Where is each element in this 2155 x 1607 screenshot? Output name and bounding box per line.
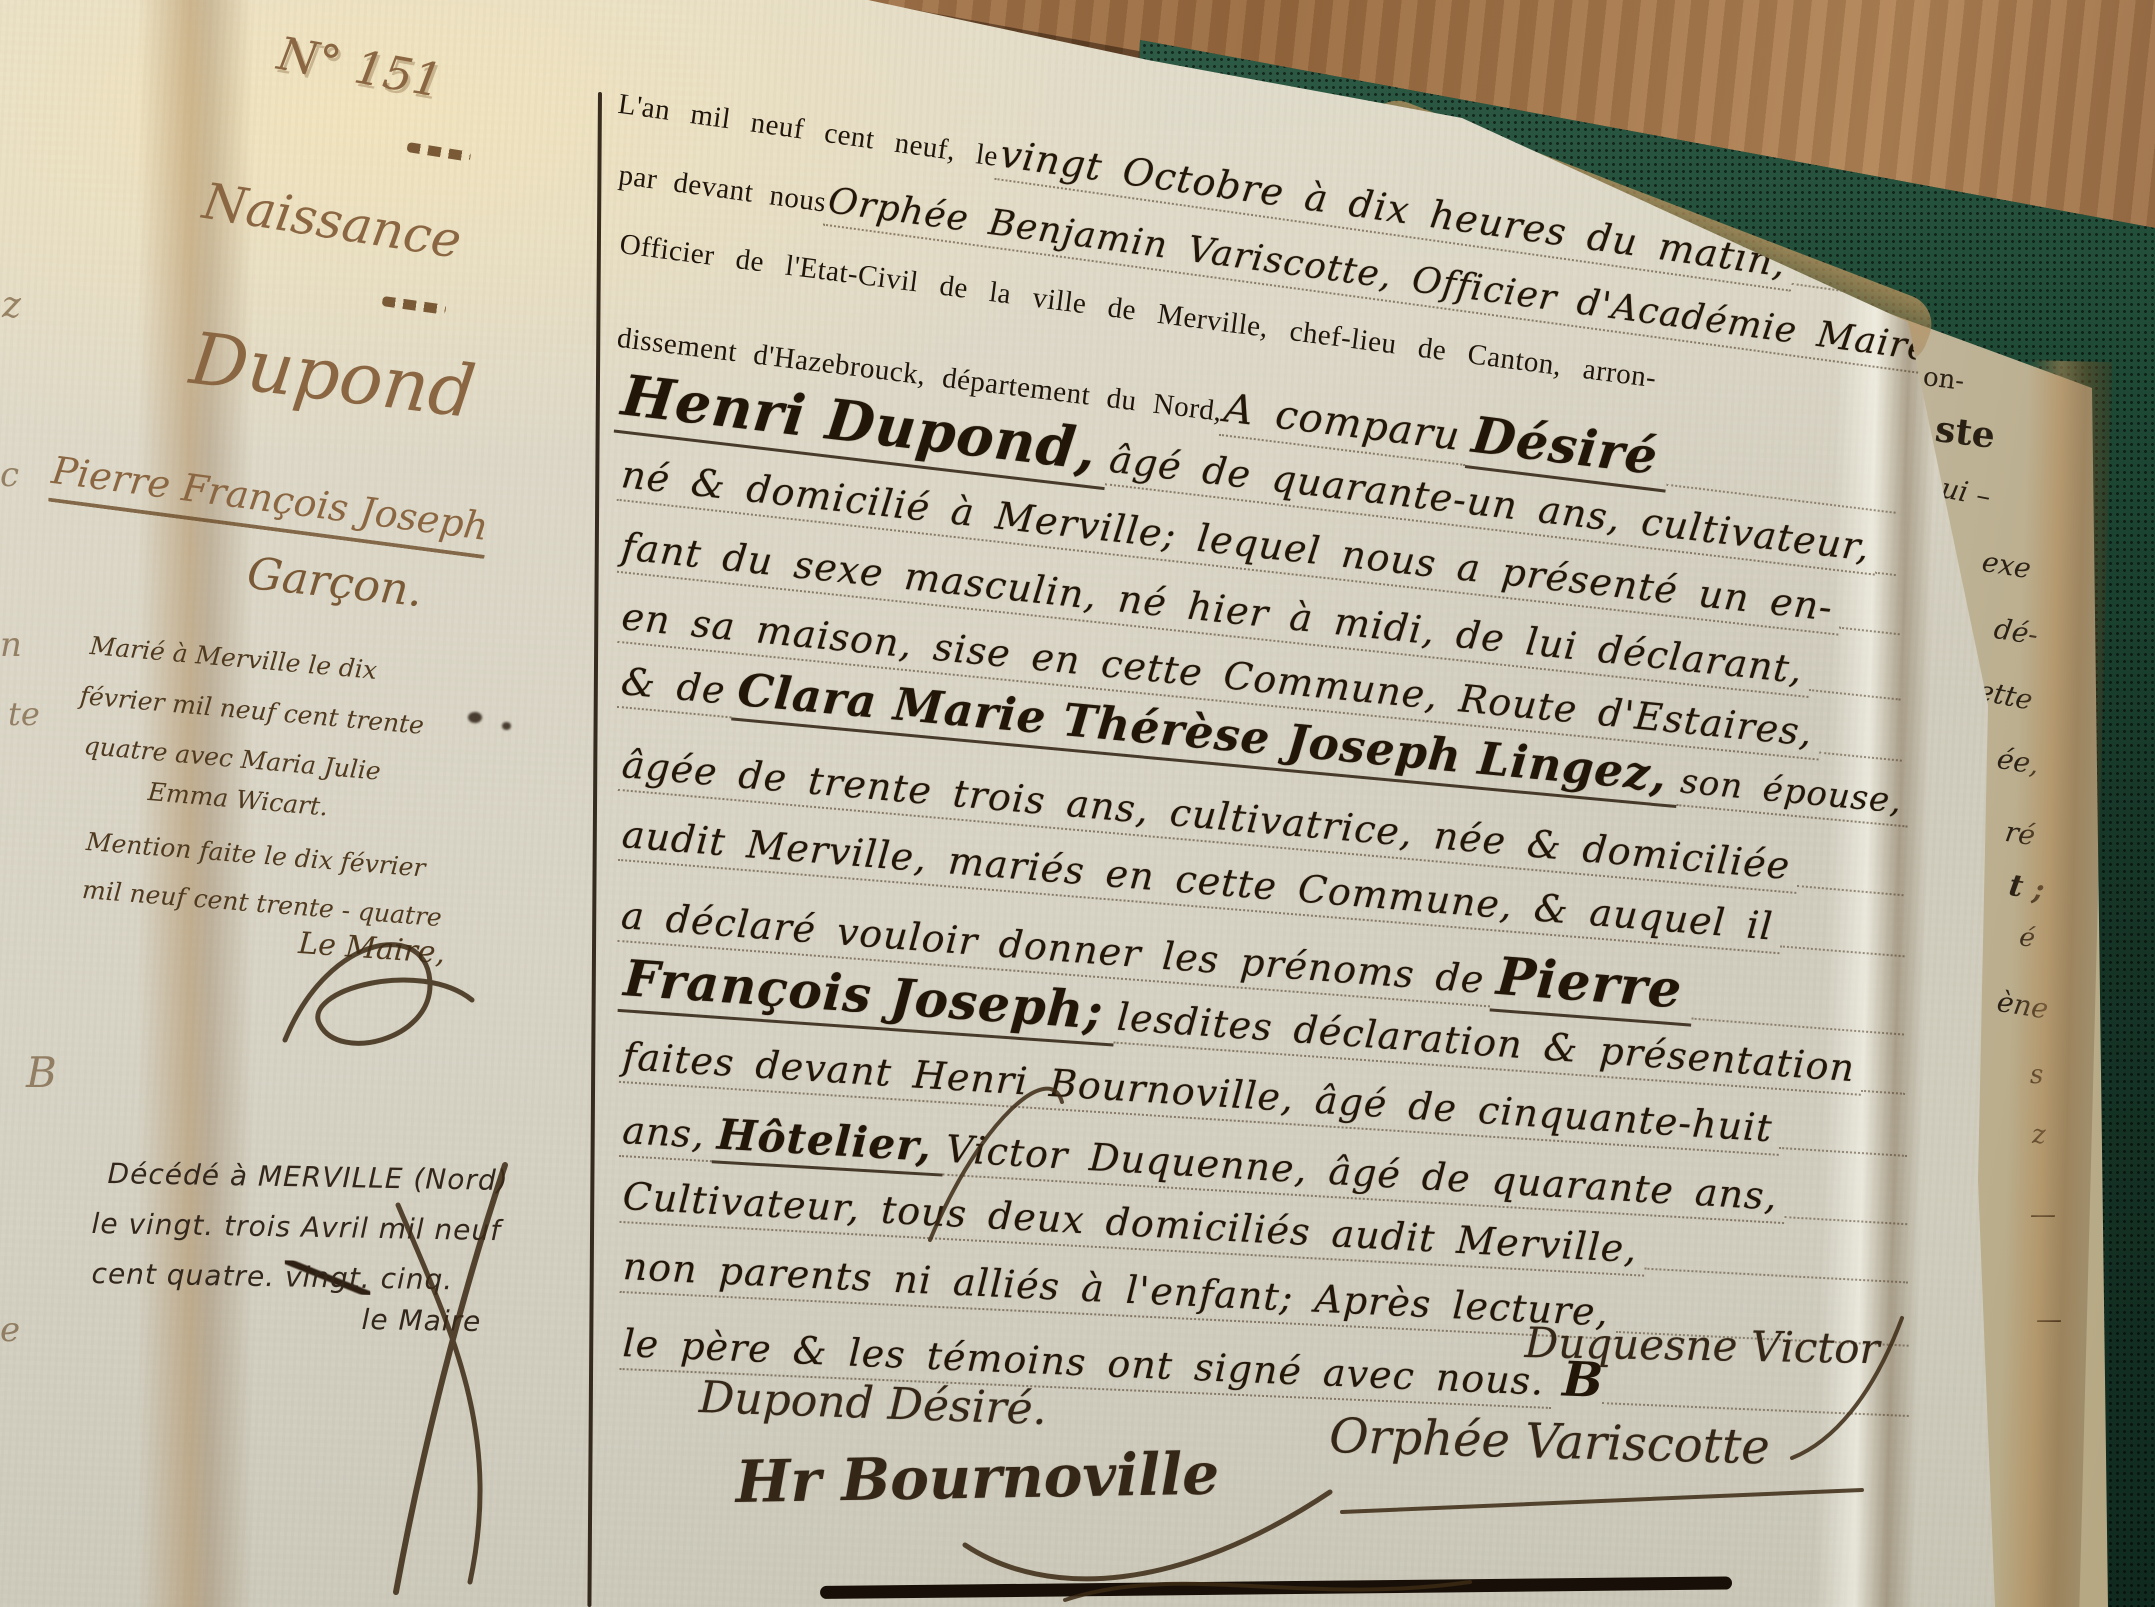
dotted-guide-line xyxy=(1809,688,1901,701)
death-mention-segment: cent quatre. xyxy=(91,1257,275,1293)
registry-photo-scene: let. Matin ie Maire on- ste oui – exe dé… xyxy=(0,0,2155,1607)
dotted-guide-line xyxy=(1819,751,1902,762)
dotted-guide-line xyxy=(1779,1146,1907,1157)
dotted-guide-line xyxy=(1796,884,1903,896)
dotted-guide-line xyxy=(1875,571,1896,576)
left-page-fragment: te xyxy=(8,695,40,733)
edge-fragment: ste xyxy=(1933,408,1997,457)
left-page-fragment: n xyxy=(0,625,22,665)
left-page-fragment: z xyxy=(2,285,21,326)
death-mention-segment: cinq. xyxy=(380,1262,453,1296)
edge-fragment: on- xyxy=(1921,362,1966,397)
death-mention-line: Décédé à MERVILLE (Nord) xyxy=(107,1150,509,1204)
death-mention-line: le vingt. trois Avril mil neuf xyxy=(91,1200,501,1254)
dotted-guide-line xyxy=(1784,1215,1907,1225)
witness1-signature: Hr Bournoville xyxy=(735,1440,1220,1516)
death-mention-maire-label: le Maire xyxy=(361,1296,482,1345)
death-mention-line: cent quatre. vingt. cinq. xyxy=(91,1250,453,1303)
handwritten-text: ans, xyxy=(619,1108,714,1162)
dotted-guide-line xyxy=(1861,1089,1905,1095)
officer-signature: Orphée Variscotte xyxy=(1329,1408,1771,1476)
handwritten-text: & de xyxy=(617,659,736,718)
witness2-signature: Duquesne Victor xyxy=(1524,1318,1880,1373)
dotted-guide-line xyxy=(1839,626,1900,636)
dotted-guide-line xyxy=(1779,944,1904,957)
ink-smudge xyxy=(468,712,482,723)
left-page-fragment: e xyxy=(0,1310,20,1350)
left-page-fragment: B xyxy=(26,1048,57,1097)
left-page-fragment: c xyxy=(0,455,19,495)
death-mention-struck-word: vingt. xyxy=(285,1260,371,1294)
ink-smudge xyxy=(502,722,511,730)
